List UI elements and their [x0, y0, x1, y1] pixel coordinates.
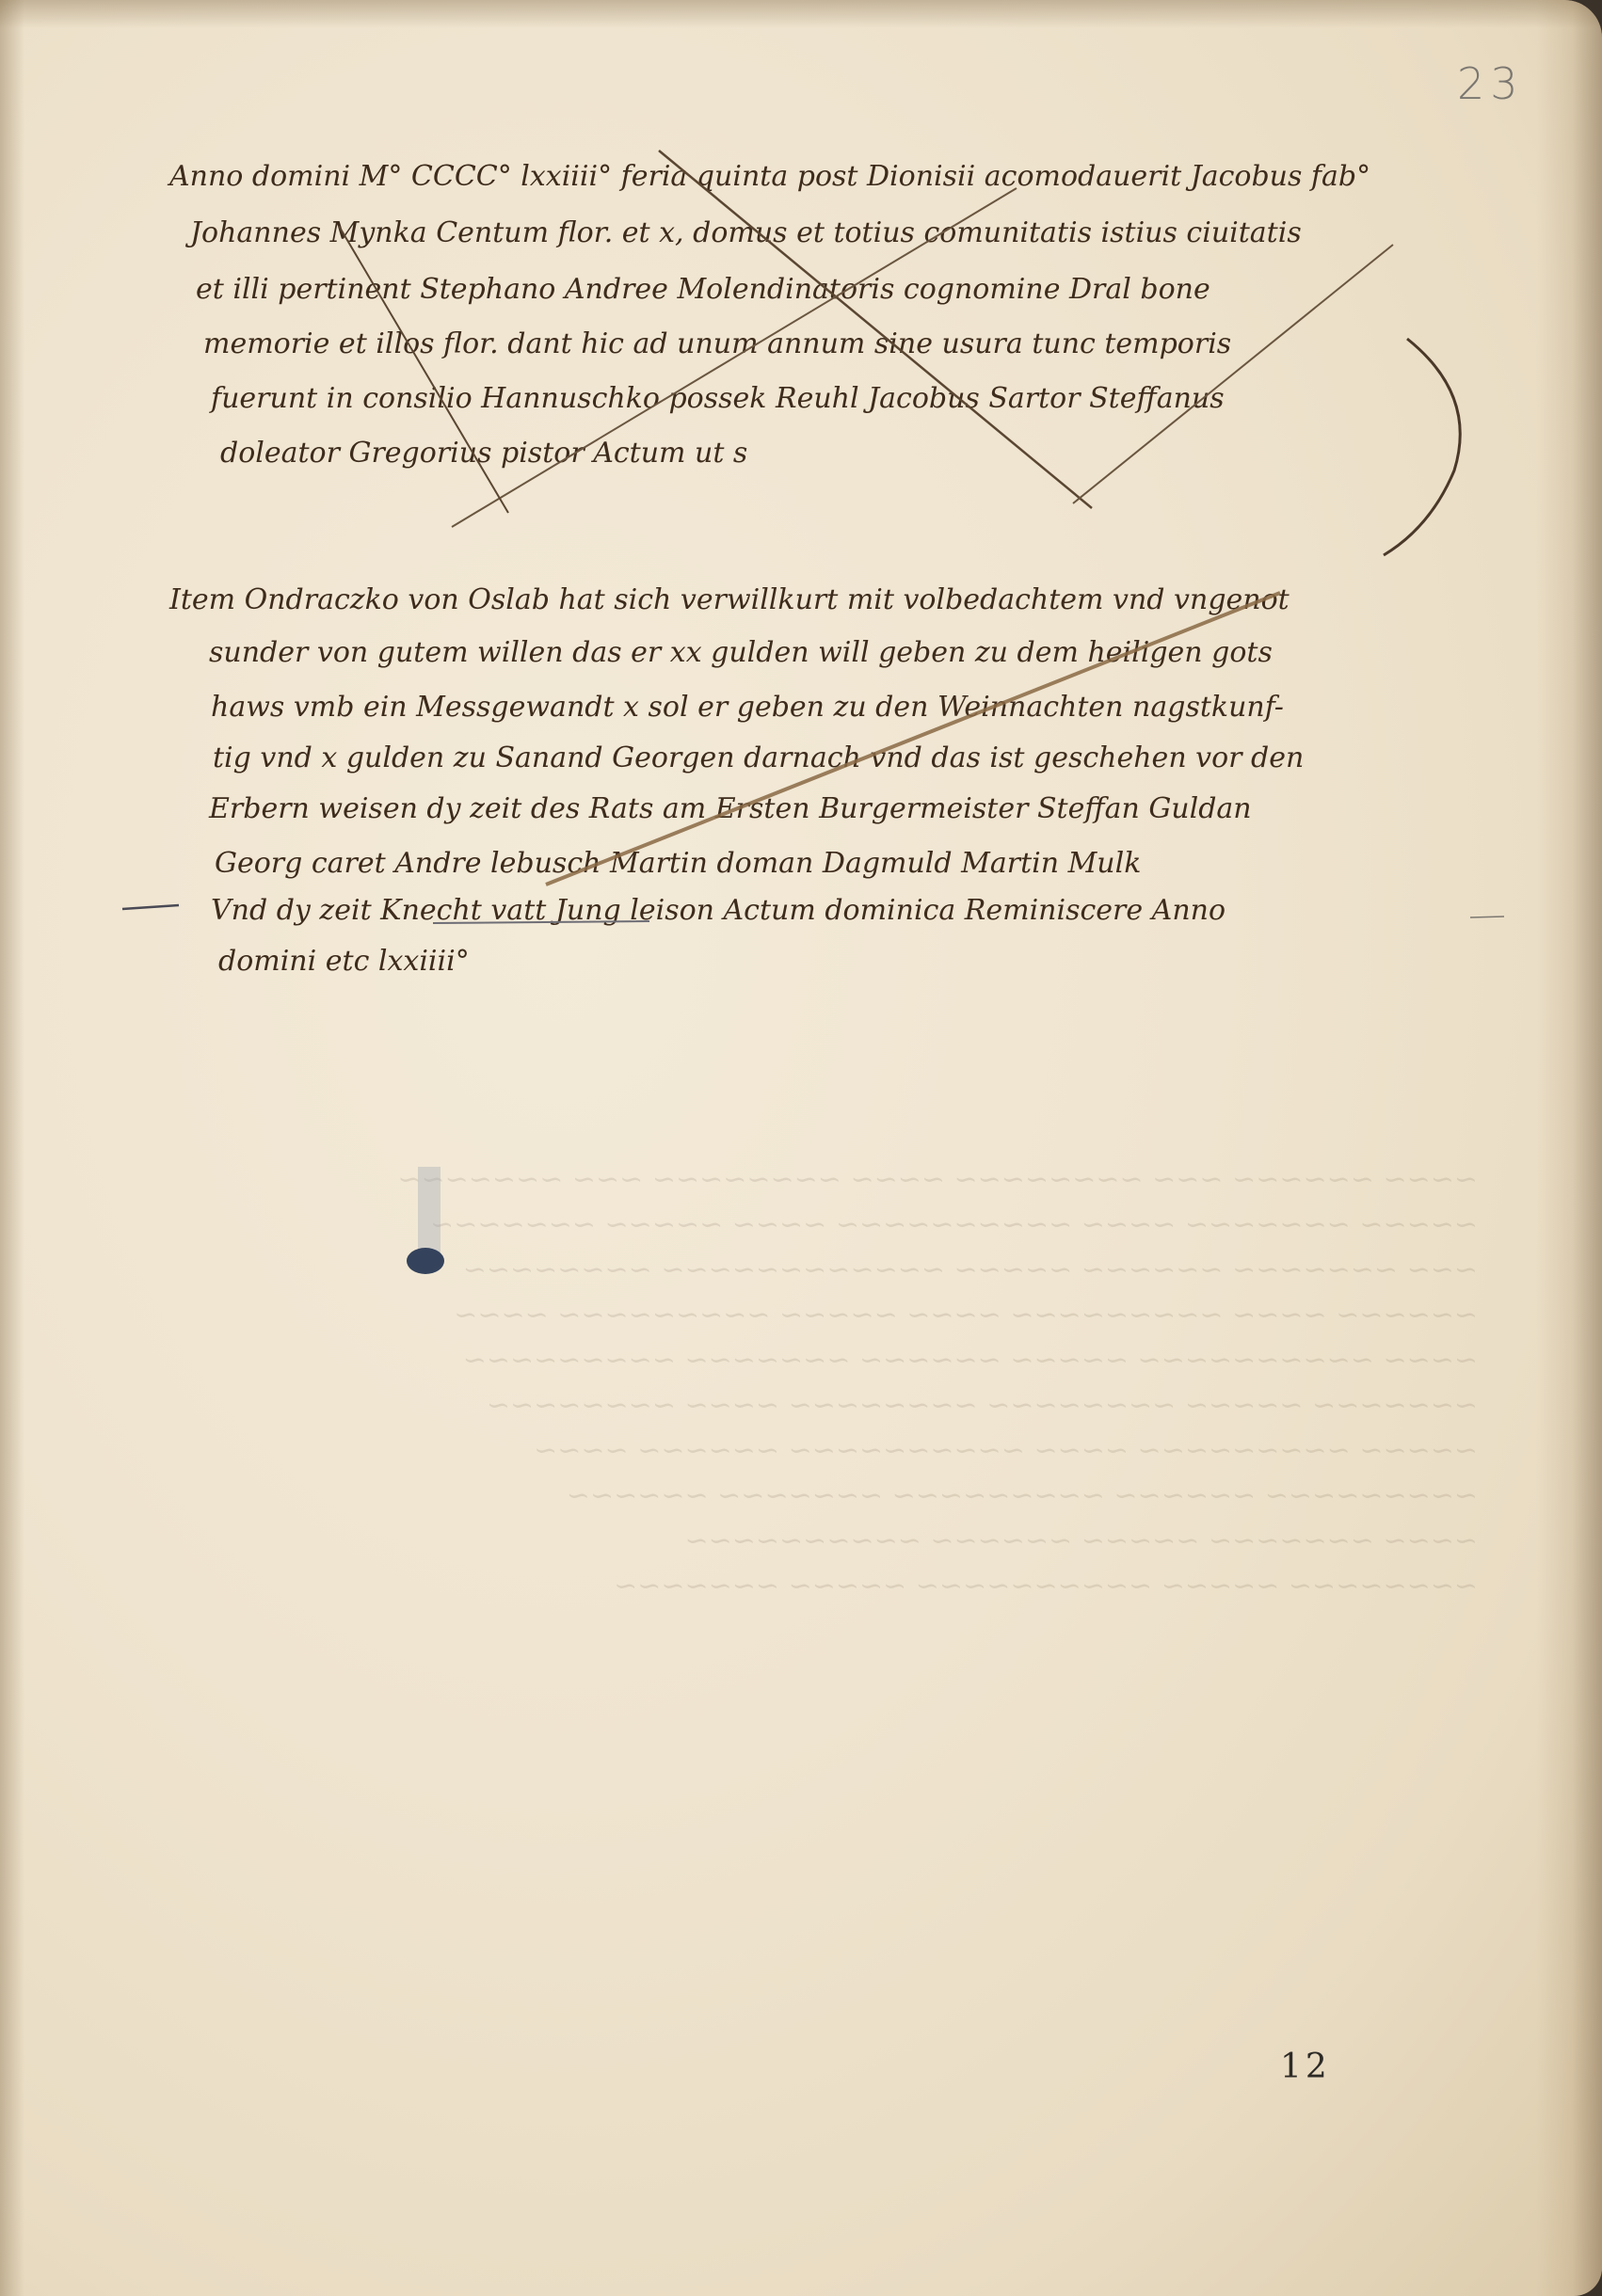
entry-german-cancelled: Item Ondraczko von Oslab hat sich verwil…: [169, 583, 1581, 997]
page-edge-top: [0, 0, 1602, 28]
show-through-text: ~~~~ ~~~~~~ ~~~ ~~~~~~~~ ~~~~ ~~~~~~~~ ~…: [160, 1157, 1478, 1647]
entry-latin-cancelled: Anno domini M° CCCC° lxxiiii° feria quin…: [169, 160, 1468, 499]
text-line: Item Ondraczko von Oslab hat sich verwil…: [169, 583, 1290, 616]
text-line: sunder von gutem willen das er xx gulden…: [209, 636, 1273, 669]
folio-number-pencil: 23: [1457, 58, 1524, 109]
text-line: Anno domini M° CCCC° lxxiiii° feria quin…: [169, 160, 1370, 193]
text-line: memorie et illos flor. dant hic ad unum …: [203, 327, 1231, 360]
text-line: haws vmb ein Messgewandt x sol er geben …: [211, 691, 1284, 724]
text-line: Johannes Mynka Centum flor. et x, domus …: [190, 216, 1302, 249]
text-line: Vnd dy zeit Knecht vatt Jung leison Actu…: [211, 894, 1226, 927]
text-line: fuerunt in consilio Hannuschko possek Re…: [211, 382, 1225, 415]
ink-blot: [403, 1167, 459, 1280]
stamped-page-number: 12: [1280, 2048, 1331, 2086]
page-edge-right: [1536, 0, 1602, 2296]
text-line: tig vnd x gulden zu Sanand Georgen darna…: [213, 741, 1304, 774]
text-line: Georg caret Andre lebusch Martin doman D…: [215, 847, 1141, 880]
manuscript-page: ~~~~ ~~~~~~ ~~~ ~~~~~~~~ ~~~~ ~~~~~~~~ ~…: [0, 0, 1602, 2296]
page-edge-left: [0, 0, 24, 2296]
text-line: domini etc lxxiiii°: [218, 945, 470, 978]
text-line: et illi pertinent Stephano Andree Molend…: [196, 273, 1210, 306]
text-line: doleator Gregorius pistor Actum ut s: [220, 437, 747, 470]
text-line: Erbern weisen dy zeit des Rats am Ersten…: [209, 792, 1252, 825]
